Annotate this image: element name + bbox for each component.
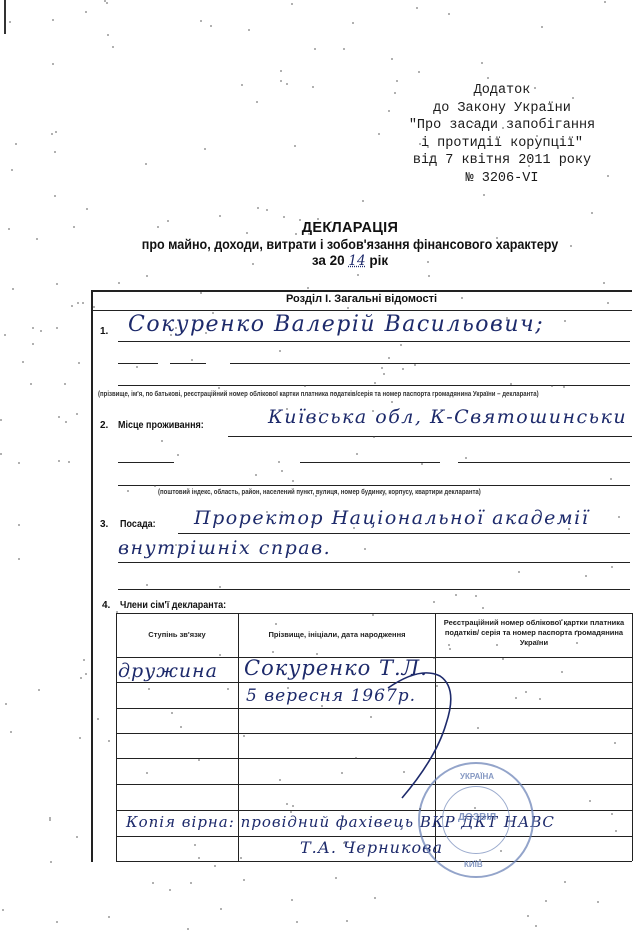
item2-line2a (118, 462, 174, 463)
scan-speck (427, 146, 429, 148)
scan-speck (219, 586, 221, 588)
scan-speck (280, 70, 282, 72)
scan-speck (374, 897, 376, 899)
year-handwritten: 14 (348, 253, 365, 269)
appendix-line: "Про засади запобігання (372, 117, 632, 135)
scan-speck (252, 263, 254, 265)
scan-speck (275, 623, 277, 625)
scan-speck (281, 470, 283, 472)
scan-speck (15, 143, 17, 145)
scan-speck (219, 215, 221, 217)
scan-speck (341, 772, 343, 774)
scan-speck (40, 330, 42, 332)
scan-speck (335, 877, 337, 879)
scan-speck (145, 163, 147, 165)
scan-speck (525, 691, 527, 693)
scan-speck (416, 7, 418, 9)
scan-speck (58, 460, 60, 462)
scan-speck (144, 525, 146, 527)
table-header-relation: Ступінь зв'язку (118, 630, 236, 640)
scan-speck (362, 849, 364, 851)
scan-speck (541, 26, 543, 28)
scan-speck (30, 383, 32, 385)
scan-speck (116, 611, 118, 613)
scan-speck (477, 727, 479, 729)
scan-speck (154, 485, 156, 487)
scan-speck (152, 882, 154, 884)
year-suffix: рік (369, 253, 388, 268)
scan-speck (396, 80, 398, 82)
table-border-bottom (116, 861, 632, 862)
scan-speck (68, 461, 70, 463)
scan-speck (118, 282, 120, 284)
item2-line3 (118, 485, 630, 486)
item3-number: 3. (100, 519, 108, 530)
scan-speck (618, 516, 620, 518)
table-row-line (116, 784, 632, 785)
scan-speck (287, 687, 289, 689)
scan-speck (256, 101, 258, 103)
scan-speck (255, 474, 257, 476)
table-row-line (116, 810, 632, 811)
table-row-line (116, 836, 632, 837)
scan-speck (372, 614, 374, 616)
scan-speck (82, 302, 84, 304)
scan-speck (54, 151, 56, 153)
scan-speck (307, 287, 309, 289)
scan-speck (536, 135, 538, 137)
scan-speck (343, 842, 345, 844)
scan-speck (170, 334, 172, 336)
scan-speck (610, 478, 612, 480)
scan-speck (76, 413, 78, 415)
table-row-line (116, 708, 632, 709)
scan-speck (171, 712, 173, 714)
scan-speck (576, 630, 578, 632)
scan-speck (515, 697, 517, 699)
scan-speck (52, 19, 54, 21)
scan-speck (78, 362, 80, 364)
scan-speck (205, 332, 207, 334)
scan-speck (157, 226, 159, 228)
table-header-id: Реєстраційний номер облікової картки пла… (442, 618, 626, 648)
appendix-line: до Закону України (372, 100, 632, 118)
item3-line3 (118, 589, 630, 590)
scan-speck (436, 685, 438, 687)
scan-speck (32, 343, 34, 345)
section-title: Розділ І. Загальні відомості (91, 293, 632, 305)
scan-speck (317, 218, 319, 220)
scan-speck (314, 48, 316, 50)
scan-speck (448, 13, 450, 15)
year-prefix: за 20 (312, 253, 345, 268)
item1-number: 1. (100, 326, 108, 337)
scan-speck (55, 131, 57, 133)
title-block: ДЕКЛАРАЦІЯ про майно, доходи, витрати і … (100, 220, 600, 269)
scan-speck (496, 644, 498, 646)
scan-speck (461, 297, 463, 299)
scan-speck (518, 571, 520, 573)
scan-speck (506, 317, 508, 319)
scan-speck (73, 226, 75, 228)
scan-speck (374, 382, 376, 384)
scan-speck (534, 87, 536, 89)
scan-speck (614, 742, 616, 744)
scan-speck (86, 208, 88, 210)
item2-line2c (458, 462, 630, 463)
scan-speck (388, 357, 390, 359)
scan-speck (32, 327, 34, 329)
scan-speck (421, 463, 423, 465)
scan-speck (212, 312, 214, 314)
scan-speck (291, 3, 293, 5)
scan-speck (11, 169, 13, 171)
scan-speck (85, 673, 87, 675)
scan-speck (279, 779, 281, 781)
scan-speck (607, 175, 609, 177)
scan-speck (330, 221, 332, 223)
scan-speck (427, 261, 429, 263)
scan-speck (311, 521, 313, 523)
scan-speck (343, 48, 345, 50)
scan-speck (315, 495, 317, 497)
item2-value: Київська обл, К-Святошинськи (268, 406, 627, 428)
scan-speck (528, 165, 530, 167)
scan-speck (175, 544, 177, 546)
scan-speck (566, 624, 568, 626)
scan-speck (433, 601, 435, 603)
scan-speck (2, 909, 4, 911)
scan-speck (194, 844, 196, 846)
scan-speck (482, 607, 484, 609)
scan-speck (414, 364, 416, 366)
scan-speck (487, 77, 489, 79)
scan-speck (83, 659, 85, 661)
scan-speck (36, 238, 38, 240)
scan-speck (198, 759, 200, 761)
scan-speck (346, 920, 348, 922)
scan-speck (479, 859, 481, 861)
item4-label: Члени сім'ї декларанта: (120, 600, 226, 611)
scan-speck (169, 889, 171, 891)
scan-speck (502, 658, 504, 660)
scan-speck (370, 716, 372, 718)
scan-speck (280, 80, 282, 82)
scan-speck (56, 283, 58, 285)
scan-speck (180, 726, 182, 728)
scan-speck (56, 327, 58, 329)
scan-speck (296, 921, 298, 923)
scan-speck (219, 654, 221, 656)
scan-speck (65, 421, 67, 423)
form-frame-top (91, 290, 632, 292)
scan-speck (383, 373, 385, 375)
scan-speck (187, 928, 189, 930)
scan-speck (352, 22, 354, 24)
appendix-block: Додаток до Закону України "Про засади за… (372, 82, 632, 187)
scan-speck (191, 359, 193, 361)
scan-speck (146, 772, 148, 774)
scan-speck (304, 385, 306, 387)
scan-speck (71, 305, 73, 307)
scan-speck (551, 385, 553, 387)
scan-speck (286, 803, 288, 805)
scan-speck (151, 822, 153, 824)
scan-speck (240, 857, 242, 859)
scan-speck (56, 921, 58, 923)
scan-speck (449, 648, 451, 650)
scan-speck (299, 219, 301, 221)
scan-speck (128, 677, 130, 679)
scan-speck (108, 916, 110, 918)
scan-speck (539, 698, 541, 700)
table-header-name: Прізвище, ініціали, дата народження (240, 630, 434, 640)
scan-speck (0, 453, 2, 455)
appendix-line: і протидії корупції" (372, 135, 632, 153)
scan-speck (465, 457, 467, 459)
scan-speck (106, 2, 108, 4)
scan-speck (312, 86, 314, 88)
scan-speck (290, 514, 292, 516)
item3-label: Посада: (120, 519, 156, 530)
scan-speck (93, 306, 95, 308)
scan-speck (391, 58, 393, 60)
scan-speck (272, 651, 274, 653)
scan-speck (214, 865, 216, 867)
scan-speck (295, 233, 297, 235)
scan-speck (38, 689, 40, 691)
scan-speck (146, 275, 148, 277)
scan-speck (607, 302, 609, 304)
scan-speck (570, 245, 572, 247)
item4-number: 4. (102, 600, 110, 611)
scan-speck (291, 899, 293, 901)
scan-speck (58, 416, 60, 418)
table-row-line (116, 733, 632, 734)
scan-speck (112, 46, 114, 48)
item2-line (228, 436, 632, 437)
scan-speck (9, 21, 11, 23)
scan-speck (54, 195, 56, 197)
scan-speck (223, 325, 225, 327)
scan-speck (18, 462, 20, 464)
scan-speck (611, 813, 613, 815)
scan-speck (248, 29, 250, 31)
scan-speck (279, 350, 281, 352)
scan-speck (585, 575, 587, 577)
scan-speck (500, 850, 502, 852)
scan-speck (243, 879, 245, 881)
scan-speck (281, 511, 283, 513)
scan-speck (603, 282, 605, 284)
scan-speck (535, 925, 537, 927)
scan-speck (316, 653, 318, 655)
scan-speck (391, 401, 393, 403)
scan-speck (108, 740, 110, 742)
scan-speck (418, 71, 420, 73)
scan-speck (257, 207, 259, 209)
scan-speck (294, 145, 296, 147)
scan-speck (198, 857, 200, 859)
scan-speck (161, 440, 163, 442)
scan-speck (402, 368, 404, 370)
scan-speck (64, 383, 66, 385)
scan-margin-line (4, 0, 6, 34)
scan-speck (572, 97, 574, 99)
scan-speck (395, 230, 397, 232)
scan-speck (241, 84, 243, 86)
scan-speck (564, 881, 566, 883)
table-col-line (116, 613, 117, 861)
scan-speck (475, 595, 477, 597)
scan-speck (419, 808, 421, 810)
item1-line2b (170, 363, 206, 364)
item1-line (118, 341, 630, 342)
scan-speck (568, 528, 570, 530)
scan-speck (561, 619, 563, 621)
scan-speck (243, 735, 245, 737)
appendix-line: № 3206-VI (372, 170, 632, 188)
scan-speck (455, 594, 457, 596)
appendix-line: Додаток (372, 82, 632, 100)
document-subtitle: про майно, доходи, витрати і зобов'язанн… (118, 237, 583, 252)
scan-speck (79, 737, 81, 739)
table-col-line (632, 613, 633, 861)
scan-speck (22, 361, 24, 363)
scan-speck (483, 194, 485, 196)
item2-label: Місце проживання: (118, 420, 204, 431)
scan-speck (218, 387, 220, 389)
scan-speck (200, 20, 202, 22)
section-header-divider (91, 310, 632, 311)
stamp-bottom-text: КИЇВ (464, 860, 483, 869)
scan-speck (152, 671, 154, 673)
scan-speck (220, 908, 222, 910)
scan-speck (52, 63, 54, 65)
appendix-line: від 7 квітня 2011 року (372, 152, 632, 170)
item1-value: Сокуренко Валерій Васильович; (128, 312, 544, 337)
scan-speck (561, 671, 563, 673)
scan-speck (227, 688, 229, 690)
scan-speck (527, 915, 529, 917)
item1-line2a (118, 363, 158, 364)
scan-speck (292, 805, 294, 807)
table-row-line (116, 758, 632, 759)
scan-speck (347, 307, 349, 309)
scan-speck (362, 200, 364, 202)
scan-speck (97, 718, 99, 720)
scan-speck (246, 232, 248, 234)
stamp-center-text: ДОЗВІЛ (458, 812, 496, 823)
scan-speck (177, 454, 179, 456)
table-border-top (116, 613, 632, 614)
scan-speck (474, 807, 476, 809)
scan-speck (210, 25, 212, 27)
scan-speck (502, 127, 504, 129)
scan-speck (597, 901, 599, 903)
scan-speck (80, 677, 82, 679)
item3-value-line1: Проректор Національної академії (194, 507, 589, 529)
scan-speck (355, 757, 357, 759)
item3-line (178, 533, 630, 534)
scan-speck (430, 156, 432, 158)
scan-speck (378, 133, 380, 135)
scan-speck (136, 366, 138, 368)
scan-speck (428, 275, 430, 277)
scan-speck (283, 216, 285, 218)
item3-line2 (118, 562, 630, 563)
scan-speck (127, 490, 129, 492)
scan-speck (357, 274, 359, 276)
scan-speck (353, 527, 355, 529)
table-row-line (116, 682, 632, 683)
scan-speck (85, 11, 87, 13)
scan-speck (403, 771, 405, 773)
scan-speck (388, 110, 390, 112)
scan-speck (175, 327, 177, 329)
scan-speck (308, 233, 310, 235)
scan-speck (589, 800, 591, 802)
document-year: за 20 14 рік (100, 253, 600, 269)
scan-speck (611, 566, 613, 568)
scan-speck (615, 830, 617, 832)
item1-line3 (118, 385, 630, 386)
scan-speck (77, 302, 79, 304)
scan-speck (49, 819, 51, 821)
scan-speck (266, 209, 268, 211)
scan-speck (190, 882, 192, 884)
scan-speck (564, 320, 566, 322)
scan-speck (50, 861, 52, 863)
table-cell-relation: дружина (118, 660, 218, 682)
scan-speck (400, 344, 402, 346)
scan-speck (5, 703, 7, 705)
scan-speck (563, 386, 565, 388)
scan-speck (576, 642, 578, 644)
stamp-top-text: УКРАЇНА (460, 772, 494, 781)
scan-speck (204, 148, 206, 150)
scan-speck (381, 367, 383, 369)
scan-speck (12, 288, 14, 290)
scan-speck (364, 548, 366, 550)
scan-speck (335, 392, 337, 394)
scan-speck (545, 900, 547, 902)
scan-speck (286, 83, 288, 85)
scan-speck (292, 480, 294, 482)
item1-line2c (230, 363, 630, 364)
scan-speck (107, 34, 109, 36)
scan-speck (18, 524, 20, 526)
scan-speck (146, 584, 148, 586)
scan-speck (167, 220, 169, 222)
scan-speck (4, 334, 6, 336)
scan-speck (18, 558, 20, 560)
scan-speck (321, 705, 323, 707)
scan-speck (419, 143, 421, 145)
item1-caption: (прізвище, ім'я, по батькові, реєстрацій… (98, 391, 539, 398)
scan-speck (591, 212, 593, 214)
scan-speck (510, 383, 512, 385)
document-title: ДЕКЛАРАЦІЯ (100, 220, 600, 236)
scan-speck (8, 228, 10, 230)
scan-speck (76, 836, 78, 838)
scan-speck (200, 292, 202, 294)
scan-speck (433, 657, 435, 659)
scan-speck (481, 62, 483, 64)
scan-speck (148, 688, 150, 690)
scan-speck (373, 436, 375, 438)
item2-caption: (поштовий індекс, область, район, населе… (158, 489, 481, 496)
